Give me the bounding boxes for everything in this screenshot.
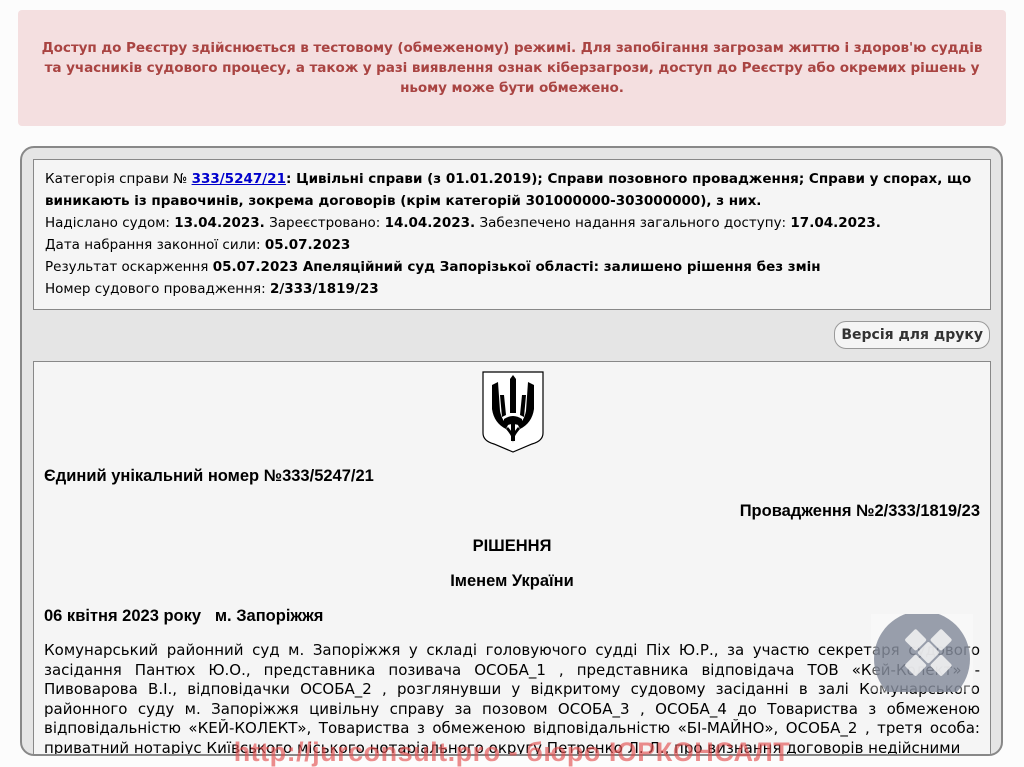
case-category-row: Категорія справи № 333/5247/21: Цивільні… (45, 168, 979, 212)
appeal-result: 05.07.2023 Апеляційний суд Запорізької о… (213, 259, 821, 275)
access-notice-text: Доступ до Реєстру здійснюється в тестово… (32, 38, 992, 98)
registered-label: Зареєстровано: (269, 215, 380, 231)
sent-label: Надіслано судом: (45, 215, 170, 231)
effective-date-row: Дата набрання законної сили: 05.07.2023 (45, 234, 979, 256)
registered-date: 14.04.2023. (385, 215, 476, 231)
proceeding-number: 2/333/1819/23 (270, 281, 379, 297)
decision-subtitle: Іменем України (34, 572, 990, 591)
decision-container: Категорія справи № 333/5247/21: Цивільні… (20, 146, 1003, 756)
access-notice-banner: Доступ до Реєстру здійснюється в тестово… (18, 10, 1006, 126)
decision-title: РІШЕННЯ (34, 537, 990, 556)
decision-document: Єдиний унікальний номер №333/5247/21 Про… (33, 361, 991, 756)
proceeding-heading: Провадження №2/333/1819/23 (740, 502, 980, 521)
decision-date-place: 06 квітня 2023 року м. Запоріжжя (44, 607, 323, 626)
proceeding-row: Номер судового провадження: 2/333/1819/2… (45, 278, 979, 300)
category-label: Категорія справи № (45, 171, 187, 187)
appeal-label: Результат оскарження (45, 259, 208, 275)
case-number-link[interactable]: 333/5247/21 (192, 171, 286, 187)
public-access-date: 17.04.2023. (790, 215, 881, 231)
decision-body-text: Комунарський районний суд м. Запоріжжя у… (44, 641, 980, 756)
dates-row: Надіслано судом: 13.04.2023. Зареєстрова… (45, 212, 979, 234)
appeal-row: Результат оскарження 05.07.2023 Апеляцій… (45, 256, 979, 278)
public-access-label: Забезпечено надання загального доступу: (479, 215, 786, 231)
print-version-button[interactable]: Версія для друку (834, 321, 990, 349)
unique-number-heading: Єдиний унікальний номер №333/5247/21 (44, 467, 374, 486)
sent-date: 13.04.2023. (174, 215, 265, 231)
coat-of-arms-icon (482, 371, 544, 453)
case-info-panel: Категорія справи № 333/5247/21: Цивільні… (33, 159, 991, 310)
proceeding-label: Номер судового провадження: (45, 281, 266, 297)
effective-date: 05.07.2023 (265, 237, 350, 253)
effective-label: Дата набрання законної сили: (45, 237, 261, 253)
